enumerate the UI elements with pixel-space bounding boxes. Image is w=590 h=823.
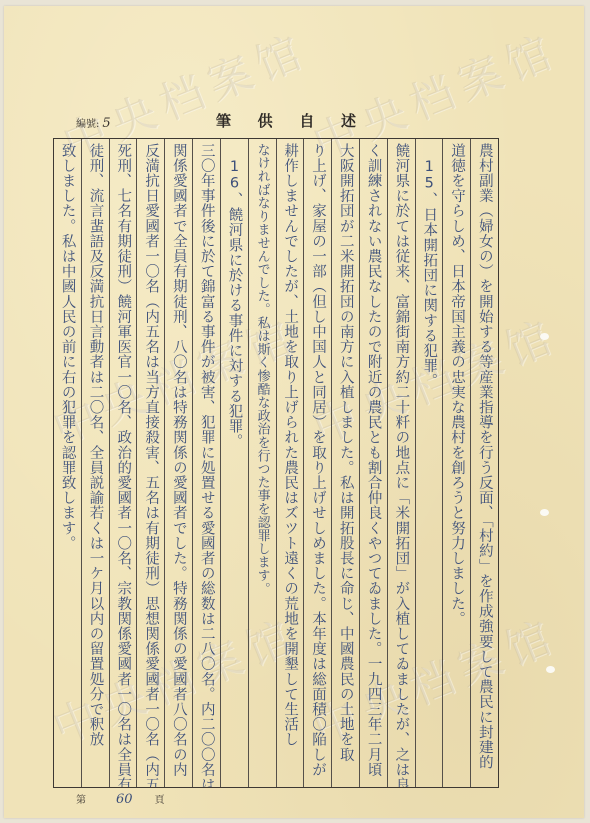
document-page: 中央档案馆 中央档案馆 中央档案馆 中央档案馆 中央档案馆 中央档案馆 編號:5… <box>4 6 584 818</box>
serial-value: 5 <box>102 116 110 131</box>
page-title: 筆 供 自 述 <box>216 110 356 131</box>
title-char: 筆 <box>216 110 231 131</box>
handwritten-line: 徒刑、流言蜚語及反満抗日言動者は二〇名、全員説諭若くは一ケ月以内の留置処分で釈放 <box>88 143 103 747</box>
page-suffix: 頁 <box>155 795 165 806</box>
text-column: 反満抗日愛國者一〇名（内五名は当方直接殺害、五名は有期徒刑）思想関係愛國者一〇名… <box>136 139 164 787</box>
handwritten-line: 致しました。私は中國人民の前に右の犯罪を認罪致します。 <box>60 143 75 551</box>
title-char: 述 <box>341 110 356 131</box>
serial-number: 編號:5 <box>76 115 111 131</box>
handwritten-line: なければなりませんでした。私は斯く惨酷な政治を行つた事を認罪します。 <box>256 143 269 595</box>
punch-hole <box>546 666 555 673</box>
text-column: 農村副業（婦女の）を開始する等産業指導を行う反面、「村約」を作成強要して農民に封… <box>470 139 498 787</box>
handwritten-line: 死刑、七名有期徒刑）饒河軍医官一〇名、政治的愛國者一〇名、宗教関係愛國者一〇名は… <box>116 143 131 787</box>
handwritten-line: 関係愛國者で全員有期徒刑、八〇名は特務関係の愛國者でした。特務関係の愛國者八〇名… <box>171 143 186 777</box>
text-column: 死刑、七名有期徒刑）饒河軍医官一〇名、政治的愛國者一〇名、宗教関係愛國者一〇名は… <box>109 139 137 787</box>
serial-label: 編號: <box>76 119 99 130</box>
handwritten-line: 饒河県に於ては従来、富錦街南方約二十粁の地点に「米開拓団」が入植してゐましたが、… <box>394 143 409 787</box>
text-column: 16、饒河県に於ける事件に対する犯罪。 <box>220 139 248 787</box>
text-column: なければなりませんでした。私は斯く惨酷な政治を行つた事を認罪します。 <box>248 139 276 787</box>
text-column: 道徳を守らしめ、日本帝国主義の忠実な農村を創ろうと努力しました。 <box>442 139 470 787</box>
text-column: 15、日本開拓団に関する犯罪。 <box>415 139 443 787</box>
handwritten-line: 道徳を守らしめ、日本帝国主義の忠実な農村を創ろうと努力しました。 <box>450 143 465 626</box>
handwritten-line: 15、日本開拓団に関する犯罪。 <box>422 159 437 389</box>
page-prefix: 第 <box>76 795 86 806</box>
text-column: 三〇年事件後に於て錦富る事件が被害、犯罪に処置せる愛國者の総数は二八〇名。内二〇… <box>192 139 220 787</box>
text-column: 大阪開拓団が二米開拓団の南方に入植しました。私は開拓股長に命じ、中國農民の土地を… <box>331 139 359 787</box>
manuscript-grid: 農村副業（婦女の）を開始する等産業指導を行う反面、「村約」を作成強要して農民に封… <box>53 138 499 788</box>
title-char: 供 <box>258 110 273 131</box>
handwritten-line: 16、饒河県に於ける事件に対する犯罪。 <box>227 159 242 449</box>
text-column: 耕作しませんでしたが、土地を取り上げられた農民はズツト遠くの荒地を開墾して生活し <box>276 139 304 787</box>
punch-hole <box>540 509 549 516</box>
handwritten-line: 三〇年事件後に於て錦富る事件が被害、犯罪に処置せる愛國者の総数は二八〇名。内二〇… <box>199 143 214 787</box>
handwritten-line: り上げ、家屋の一部（但し中国人と同居）を取り上げせしめました。本年度は総面積〇陥… <box>310 143 325 777</box>
text-column: 致しました。私は中國人民の前に右の犯罪を認罪致します。 <box>54 139 81 787</box>
text-column: り上げ、家屋の一部（但し中国人と同居）を取り上げせしめました。本年度は総面積〇陥… <box>303 139 331 787</box>
handwritten-line: く訓練されない農民なしたので附近の農民とも割合仲良くやつてゐました。一九四三年二… <box>366 143 381 777</box>
text-column: 徒刑、流言蜚語及反満抗日言動者は二〇名、全員説諭若くは一ケ月以内の留置処分で釈放 <box>81 139 109 787</box>
page-number: 60 <box>116 792 133 807</box>
text-column: 饒河県に於ては従来、富錦街南方約二十粁の地点に「米開拓団」が入植してゐましたが、… <box>387 139 415 787</box>
handwritten-line: 農村副業（婦女の）を開始する等産業指導を行う反面、「村約」を作成強要して農民に封… <box>477 143 492 770</box>
handwritten-line: 耕作しませんでしたが、土地を取り上げられた農民はズツト遠くの荒地を開墾して生活し <box>283 143 298 747</box>
text-column: 関係愛國者で全員有期徒刑、八〇名は特務関係の愛國者でした。特務関係の愛國者八〇名… <box>164 139 192 787</box>
handwritten-line: 反満抗日愛國者一〇名（内五名は当方直接殺害、五名は有期徒刑）思想関係愛國者一〇名… <box>144 143 159 787</box>
text-column: く訓練されない農民なしたので附近の農民とも割合仲良くやつてゐました。一九四三年二… <box>359 139 387 787</box>
punch-hole <box>540 333 549 340</box>
page-footer: 第60頁 <box>76 791 165 807</box>
handwritten-line: 大阪開拓団が二米開拓団の南方に入植しました。私は開拓股長に命じ、中國農民の土地を… <box>338 143 353 762</box>
title-char: 自 <box>299 110 314 131</box>
